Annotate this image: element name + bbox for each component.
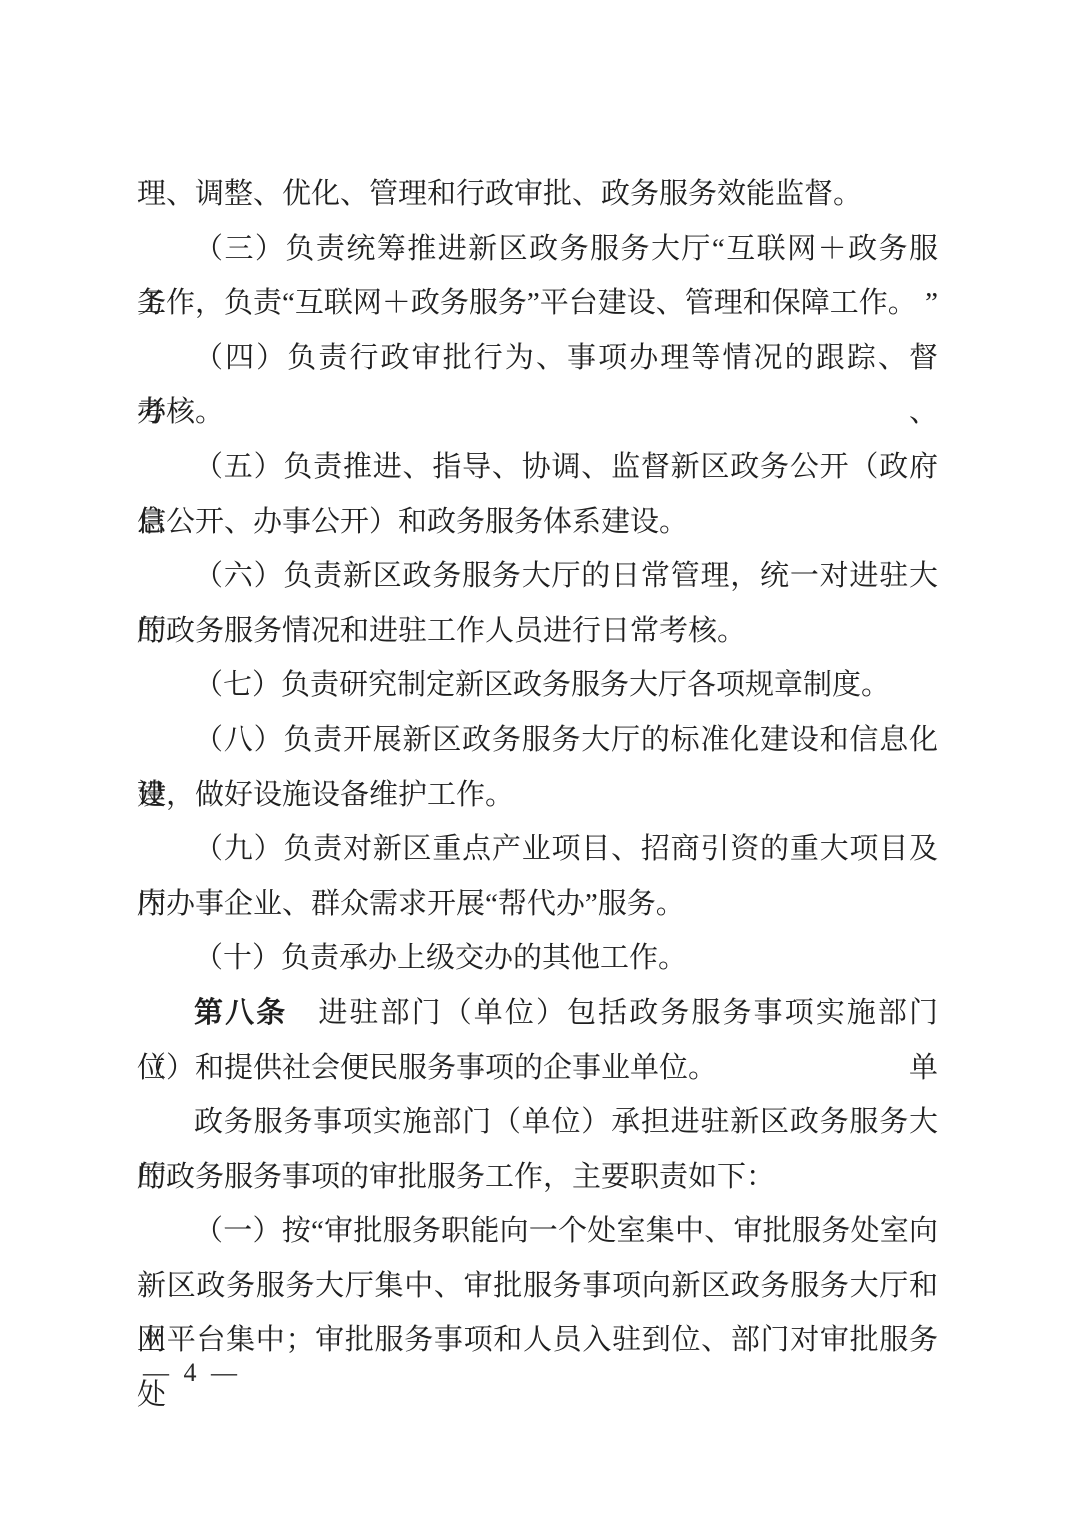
text-line: 新区政务服务大厅集中、审批服务事项向新区政务服务大厅和网 xyxy=(137,1259,938,1314)
text-line: 的政务服务事项的审批服务工作，主要职责如下： xyxy=(137,1150,938,1205)
text-line: （五）负责推进、指导、协调、监督新区政务公开（政府信 xyxy=(137,440,938,495)
text-line: 政务服务事项实施部门（单位）承担进驻新区政务服务大厅 xyxy=(137,1095,938,1150)
text-line: （一）按“审批服务职能向一个处室集中、审批服务处室向 xyxy=(137,1204,938,1259)
text-line: 上平台集中；审批服务事项和人员入驻到位、部门对审批服务处 xyxy=(137,1313,938,1368)
text-line: 的政务服务情况和进驻工作人员进行日常考核。 xyxy=(137,604,938,659)
text-line: （八）负责开展新区政务服务大厅的标准化建设和信息化建 xyxy=(137,713,938,768)
text-line: （六）负责新区政务服务大厅的日常管理，统一对进驻大厅 xyxy=(137,549,938,604)
text-line: （九）负责对新区重点产业项目、招商引资的重大项目及厅 xyxy=(137,822,938,877)
document-body: 理、调整、优化、管理和行政审批、政务服务效能监督。（三）负责统筹推进新区政务服务… xyxy=(137,167,938,1368)
text-line: （三）负责统筹推进新区政务服务大厅“互联网＋政务服务” xyxy=(137,222,938,277)
text-line: （十）负责承办上级交办的其他工作。 xyxy=(137,931,938,986)
text-line: 设，做好设施设备维护工作。 xyxy=(137,768,938,823)
page-number: — 4 — xyxy=(143,1353,241,1393)
article-number: 第八条 xyxy=(194,997,287,1029)
text-line: 第八条 进驻部门（单位）包括政务服务事项实施部门（单 xyxy=(137,986,938,1041)
text-line: 息公开、办事公开）和政务服务体系建设。 xyxy=(137,495,938,550)
text-line: （七）负责研究制定新区政务服务大厅各项规章制度。 xyxy=(137,658,938,713)
text-line: 内办事企业、群众需求开展“帮代办”服务。 xyxy=(137,877,938,932)
text-line: 理、调整、优化、管理和行政审批、政务服务效能监督。 xyxy=(137,167,938,222)
text-line: （四）负责行政审批行为、事项办理等情况的跟踪、督办、 xyxy=(137,331,938,386)
document-page: 理、调整、优化、管理和行政审批、政务服务效能监督。（三）负责统筹推进新区政务服务… xyxy=(0,0,1074,1520)
text-line: 工作，负责“互联网＋政务服务”平台建设、管理和保障工作。 xyxy=(137,276,938,331)
